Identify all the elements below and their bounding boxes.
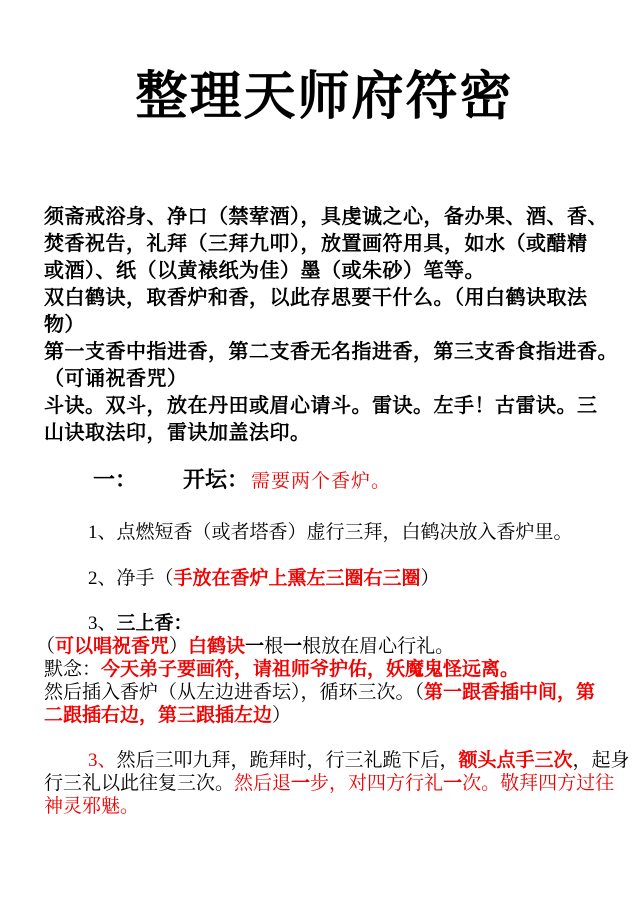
text-run: 步，对四方行礼 [310,773,443,794]
text-run: 默念： [44,659,101,680]
document-page: 整理天师府符密 须斋戒浴身、净口（禁荤酒），具虔诚之心，备办果、酒、香、焚香祝告… [0,0,643,818]
text-run: 次。敬拜四方过往 [462,773,614,794]
text-run: 今天弟子要画符，请祖师爷护佑，妖魔鬼怪远离。 [101,659,519,680]
text-run: 一 [291,773,310,794]
text-run: 第一跟香插中间，第 [424,682,595,703]
text-line: 然后插入香炉（从左边进香坛），循环三次。（第一跟香插中间，第 [44,681,605,704]
text-run: 一 [443,773,462,794]
text-run: 三上香： [117,613,193,634]
text-run: 然后插入香炉（从左边进香坛），循环三次。（ [44,682,424,703]
text-line: 须斋戒浴身、净口（禁荤酒），具虔诚之心，备办果、酒、香、 [44,204,605,231]
text-line: 二跟插右边，第三跟插左边） [44,704,605,727]
text-run: 一 [245,636,264,657]
text-run: 一 [283,636,302,657]
text-line: 双白鹤诀，取香炉和香，以此存思要干什么。（用白鹤诀取法 [44,285,605,312]
text-run: 行三礼以此往复三次。 [44,773,234,794]
text-run: ，起身 [573,750,630,771]
step-1-light-incense: 1、点燃短香（或者塔香）虚行三拜，白鹤决放入香炉里。 [44,521,605,544]
text-line: 第一支香中指进香，第二支香无名指进香，第三支香食指进香。 [44,339,605,366]
text-run: ） [272,705,291,726]
text-line: 物） [44,312,605,339]
text-line: 神灵邪魅。 [44,795,605,818]
text-run: ） [169,636,188,657]
text-line: 3、然后三叩九拜，跪拜时，行三礼跪下后，额头点手三次，起身 [44,749,605,772]
text-run: （ [36,636,55,657]
step-3-detail-paragraph: （可以唱祝香咒）白鹤诀一根一根放在眉心行礼。默念：今天弟子要画符，请祖师爷护佑，… [44,635,605,727]
text-run: 然后三叩九拜，跪拜时，行三礼跪下后， [117,750,459,771]
step-2-clean-hands: 2、净手（手放在香炉上熏左三圈右三圈） [44,567,605,590]
text-run: 根放在眉心行礼。 [302,636,454,657]
text-run: 3、 [88,613,117,634]
text-line: （可以唱祝香咒）白鹤诀一根一根放在眉心行礼。 [36,635,605,658]
text-run: 二跟插右边，第三跟插左边 [44,705,272,726]
text-line: 行三礼以此往复三次。然后退一步，对四方行礼一次。敬拜四方过往 [44,772,605,795]
text-run: 根 [264,636,283,657]
text-line: 3、三上香： [88,612,605,635]
text-run: 可以唱祝香咒 [55,636,169,657]
document-title: 整理天师府符密 [44,0,605,130]
text-run: 神灵邪魅。 [44,796,139,817]
text-line: 1、点燃短香（或者塔香）虚行三拜，白鹤决放入香炉里。 [88,521,605,544]
text-run: 白鹤诀 [188,636,245,657]
step-3-bow-paragraph: 3、然后三叩九拜，跪拜时，行三礼跪下后，额头点手三次，起身行三礼以此往复三次。然… [44,749,605,818]
text-line: （可诵祝香咒） [44,366,605,393]
text-line: 2、净手（手放在香炉上熏左三圈右三圈） [88,567,605,590]
text-run: 3、 [88,750,117,771]
section-heading: 一：开坛：需要两个香炉。 [44,467,605,495]
intro-paragraph: 须斋戒浴身、净口（禁荤酒），具虔诚之心，备办果、酒、香、焚香祝告，礼拜（三拜九叩… [44,204,605,447]
text-line: 山诀取法印，雷诀加盖法印。 [44,420,605,447]
step-3-heading: 3、三上香： [44,612,605,635]
text-run: ） [421,568,440,589]
text-run: 手放在香炉上熏左三圈右三圈 [174,568,421,589]
text-line: 或酒）、纸（以黄裱纸为佳）墨（或朱砂）笔等。 [44,258,605,285]
section-name: 开坛： [183,467,249,492]
text-run: 然后退 [234,773,291,794]
text-run: 1、点燃短香（或者塔香）虚行三拜，白鹤决放入香炉里。 [88,522,573,543]
text-run: 2、净手（ [88,568,174,589]
section-number: 一： [93,467,137,492]
section-note: 需要两个香炉。 [251,471,391,492]
text-line: 焚香祝告，礼拜（三拜九叩），放置画符用具，如水（或醋精 [44,231,605,258]
text-line: 斗诀。双斗，放在丹田或眉心请斗。雷诀。左手！古雷诀。三 [44,393,605,420]
text-line: 默念：今天弟子要画符，请祖师爷护佑，妖魔鬼怪远离。 [44,658,605,681]
text-run: 额头点手三次 [459,750,573,771]
